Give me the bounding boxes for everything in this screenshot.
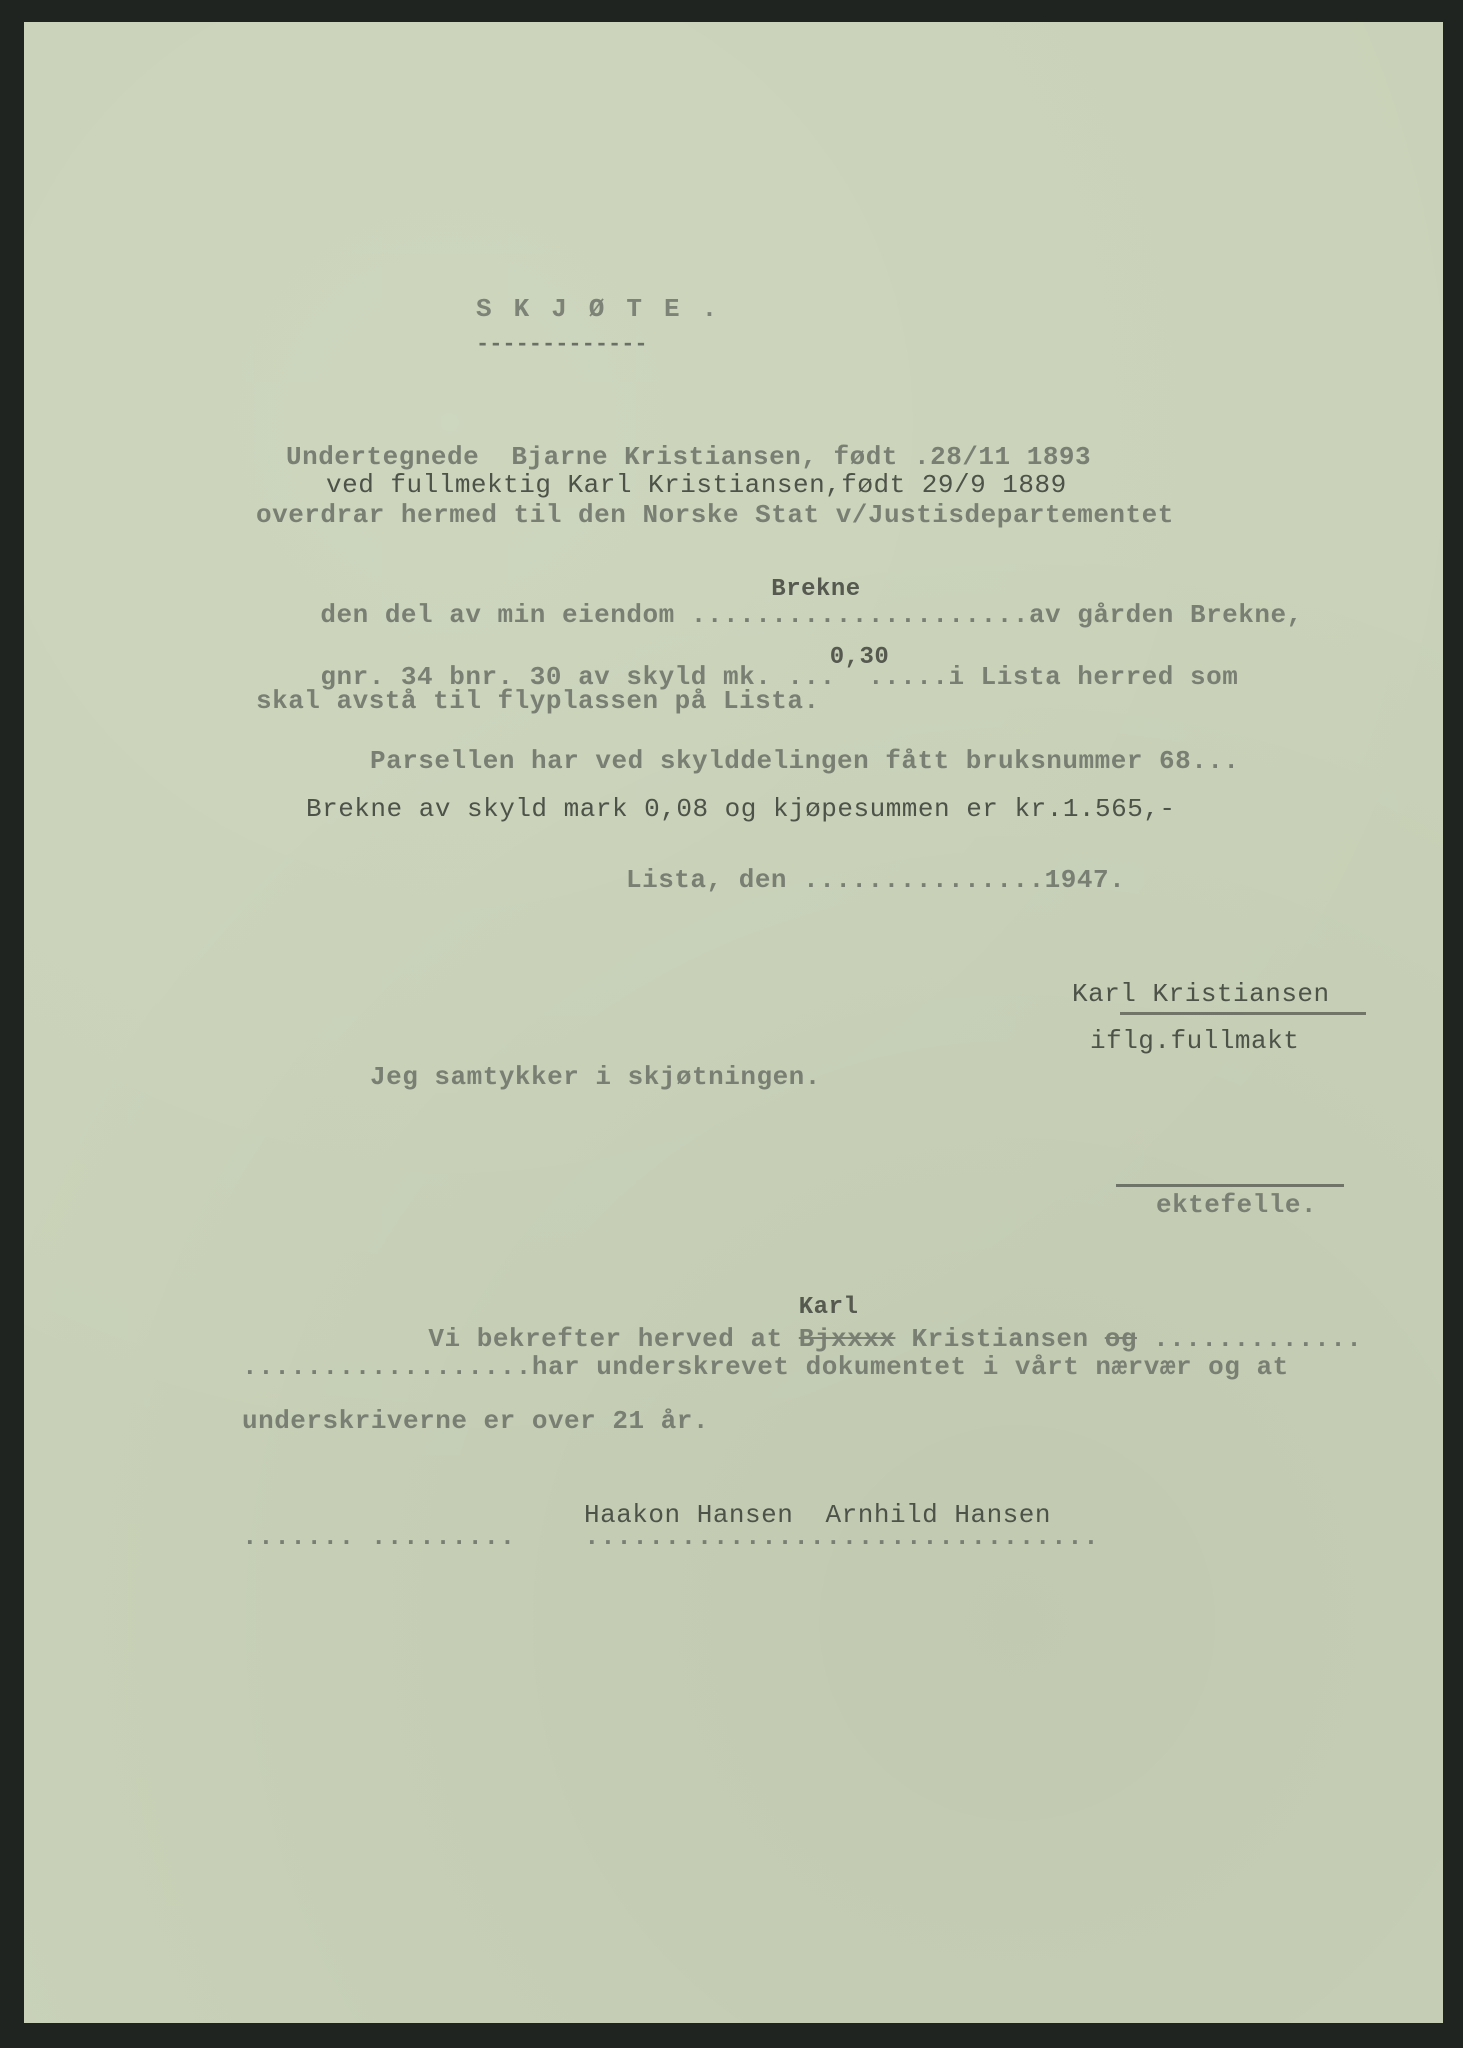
document-title: SKJØTE. xyxy=(476,294,739,324)
handwritten-insert-skyld: 0,30 xyxy=(830,644,890,671)
para1-line2: ved fullmektig Karl Kristiansen,født 29/… xyxy=(326,470,1067,500)
document-page: SKJØTE. ------------- Undertegnede Bjarn… xyxy=(24,22,1443,2023)
witness-sign-dots-tail: ................................ xyxy=(584,1522,1099,1552)
para1-line3: overdrar hermed til den Norske Stat v/Ju… xyxy=(256,500,1174,530)
spouse-label: ektefelle. xyxy=(1156,1190,1317,1220)
title-underline: ------------- xyxy=(476,332,648,357)
place-date: Lista, den ...............1947. xyxy=(626,865,1125,895)
signature-line xyxy=(1120,1012,1366,1015)
para2-line2: Brekne av skyld mark 0,08 og kjøpesummen… xyxy=(306,794,1176,824)
line4-dots: ..... xyxy=(691,600,772,630)
witness-prefix: Vi bekrefter herved at xyxy=(428,1324,798,1354)
witness-dots: ............. xyxy=(1137,1324,1362,1354)
spouse-signature-line xyxy=(1116,1184,1344,1187)
para2-line1: Parsellen har ved skylddelingen fått bru… xyxy=(370,746,1240,776)
line4-prefix: den del av min eiendom xyxy=(320,600,690,630)
para1-line1: Undertegnede Bjarne Kristiansen, født .2… xyxy=(286,442,1091,472)
para1-line6: skal avstå til flyplassen på Lista. xyxy=(256,686,820,716)
struck-og: og xyxy=(1105,1324,1137,1354)
consent-text: Jeg samtykker i skjøtningen. xyxy=(370,1062,821,1092)
witness-line2: ..................har underskrevet dokum… xyxy=(242,1352,1289,1382)
signature-name: Karl Kristiansen xyxy=(1072,979,1330,1009)
witness-line3: underskriverne er over 21 år. xyxy=(242,1406,709,1436)
signature-note: iflg.fullmakt xyxy=(1090,1026,1299,1056)
line4-dots2: .......... xyxy=(868,600,1029,630)
line4-suffix: av gården Brekne, xyxy=(1029,600,1303,630)
handwritten-insert-karl: Karl xyxy=(799,1294,859,1321)
struck-name: Bjxxxx xyxy=(799,1324,896,1354)
witness-sign-dots: ....... ......... xyxy=(242,1522,516,1552)
witness-name: Kristiansen xyxy=(895,1324,1104,1354)
line5-suffix: i Lista herred som xyxy=(948,662,1238,692)
handwritten-insert-brekne: Brekne xyxy=(771,576,860,603)
